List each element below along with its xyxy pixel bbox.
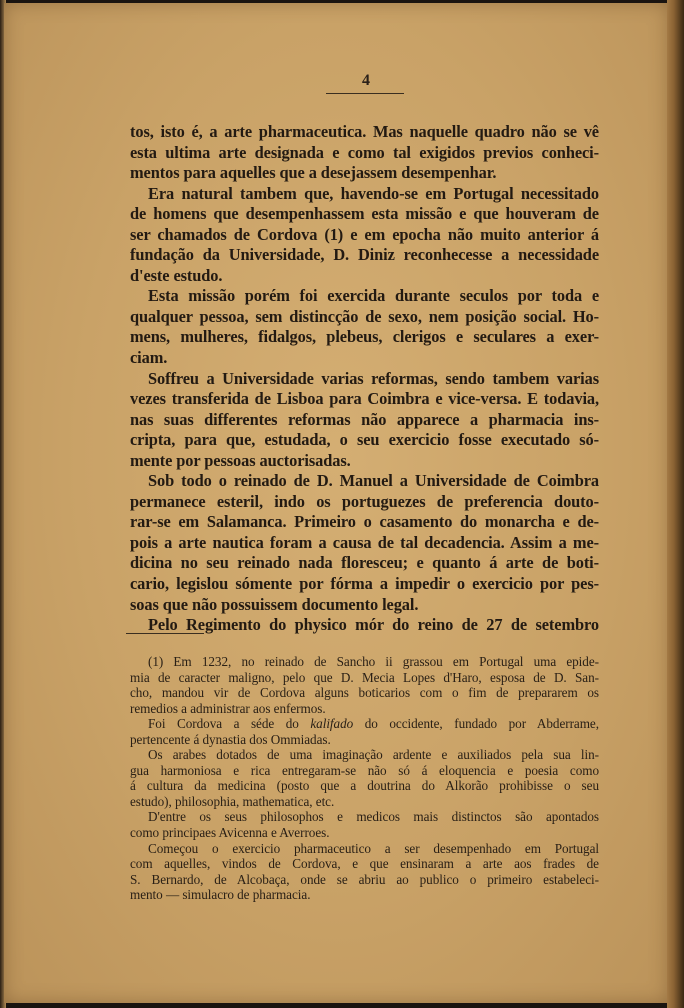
body-line: ciam. bbox=[130, 348, 599, 369]
footnote-line: Começou o exercicio pharmaceutico a ser … bbox=[130, 841, 599, 857]
body-line: cripta, para que, estudada, o seu exerci… bbox=[130, 430, 599, 451]
body-line: Esta missão porém foi exercida durante s… bbox=[130, 286, 599, 307]
body-line: ser chamados de Cordova (1) e em epocha … bbox=[130, 225, 599, 246]
body-line: mente por pessoas auctorisadas. bbox=[130, 451, 599, 472]
footnote-line: (1) Em 1232, no reinado de Sancho ii gra… bbox=[130, 654, 599, 670]
body-line: fundação da Universidade, D. Diniz recon… bbox=[130, 245, 599, 266]
body-line: qualquer pessoa, sem distincção de sexo,… bbox=[130, 307, 599, 328]
footnote-line: D'entre os seus philosophos e medicos ma… bbox=[130, 809, 599, 825]
header-rule bbox=[326, 93, 404, 94]
footnote-line: gua harmoniosa e rica entregaram-se não … bbox=[130, 763, 599, 779]
body-line: d'este estudo. bbox=[130, 266, 599, 287]
footnote-separator bbox=[126, 633, 204, 634]
body-line: soas que não possuissem documento legal. bbox=[130, 595, 599, 616]
page-number: 4 bbox=[327, 72, 405, 90]
footnote-line: remedios a administrar aos enfermos. bbox=[130, 701, 599, 717]
body-line: Sob todo o reinado de D. Manuel a Univer… bbox=[130, 471, 599, 492]
footnote-line: como principaes Avicenna e Averroes. bbox=[130, 825, 599, 841]
footnote-line: estudo), philosophia, mathematica, etc. bbox=[130, 794, 599, 810]
body-line: rar-se em Salamanca. Primeiro o casament… bbox=[130, 512, 599, 533]
footnotes: (1) Em 1232, no reinado de Sancho ii gra… bbox=[130, 654, 599, 903]
body-text: tos, isto é, a arte pharmaceutica. Mas n… bbox=[130, 122, 599, 636]
footnote-line: mia de caracter maligno, pelo que D. Mec… bbox=[130, 670, 599, 686]
body-line: tos, isto é, a arte pharmaceutica. Mas n… bbox=[130, 122, 599, 143]
body-line: Soffreu a Universidade varias reformas, … bbox=[130, 369, 599, 390]
page-edge bbox=[667, 0, 684, 1008]
body-line: vezes transferida de Lisboa para Coimbra… bbox=[130, 389, 599, 410]
body-line: Era natural tambem que, havendo-se em Po… bbox=[130, 184, 599, 205]
footnote-line: cho, mandou vir de Cordova alguns botica… bbox=[130, 685, 599, 701]
body-line: dicina no seu reinado nada floresceu; e … bbox=[130, 553, 599, 574]
body-line: esta ultima arte designada e como tal ex… bbox=[130, 143, 599, 164]
footnote-line: Os arabes dotados de uma imaginação arde… bbox=[130, 747, 599, 763]
footnote-line: pertencente á dynastia dos Ommiadas. bbox=[130, 732, 599, 748]
footnote-text: do occidente, fundado por Abderrame, bbox=[353, 716, 599, 731]
body-line: mentos para aquelles que a desejassem de… bbox=[130, 163, 599, 184]
body-line: mens, mulheres, fidalgos, plebeus, cleri… bbox=[130, 327, 599, 348]
footnote-line: mento — simulacro de pharmacia. bbox=[130, 887, 599, 903]
body-line: de homens que desempenhassem esta missão… bbox=[130, 204, 599, 225]
italic-term: kalifado bbox=[310, 716, 353, 731]
body-line: pois a arte nautica foram a causa de tal… bbox=[130, 533, 599, 554]
body-line: permanece esteril, indo os portuguezes d… bbox=[130, 492, 599, 513]
footnote-line: Foi Cordova a séde do kalifado do occide… bbox=[130, 716, 599, 732]
footnote-text: Foi Cordova a séde do bbox=[148, 716, 310, 731]
footnote-line: com aquelles, vindos de Cordova, e que e… bbox=[130, 856, 599, 872]
footnote-line: á cultura da medicina (posto que a doutr… bbox=[130, 778, 599, 794]
body-line: cario, legislou sómente por fórma a impe… bbox=[130, 574, 599, 595]
body-line: nas suas differentes reformas não appare… bbox=[130, 410, 599, 431]
footnote-line: S. Bernardo, de Alcobaça, onde se abriu … bbox=[130, 872, 599, 888]
